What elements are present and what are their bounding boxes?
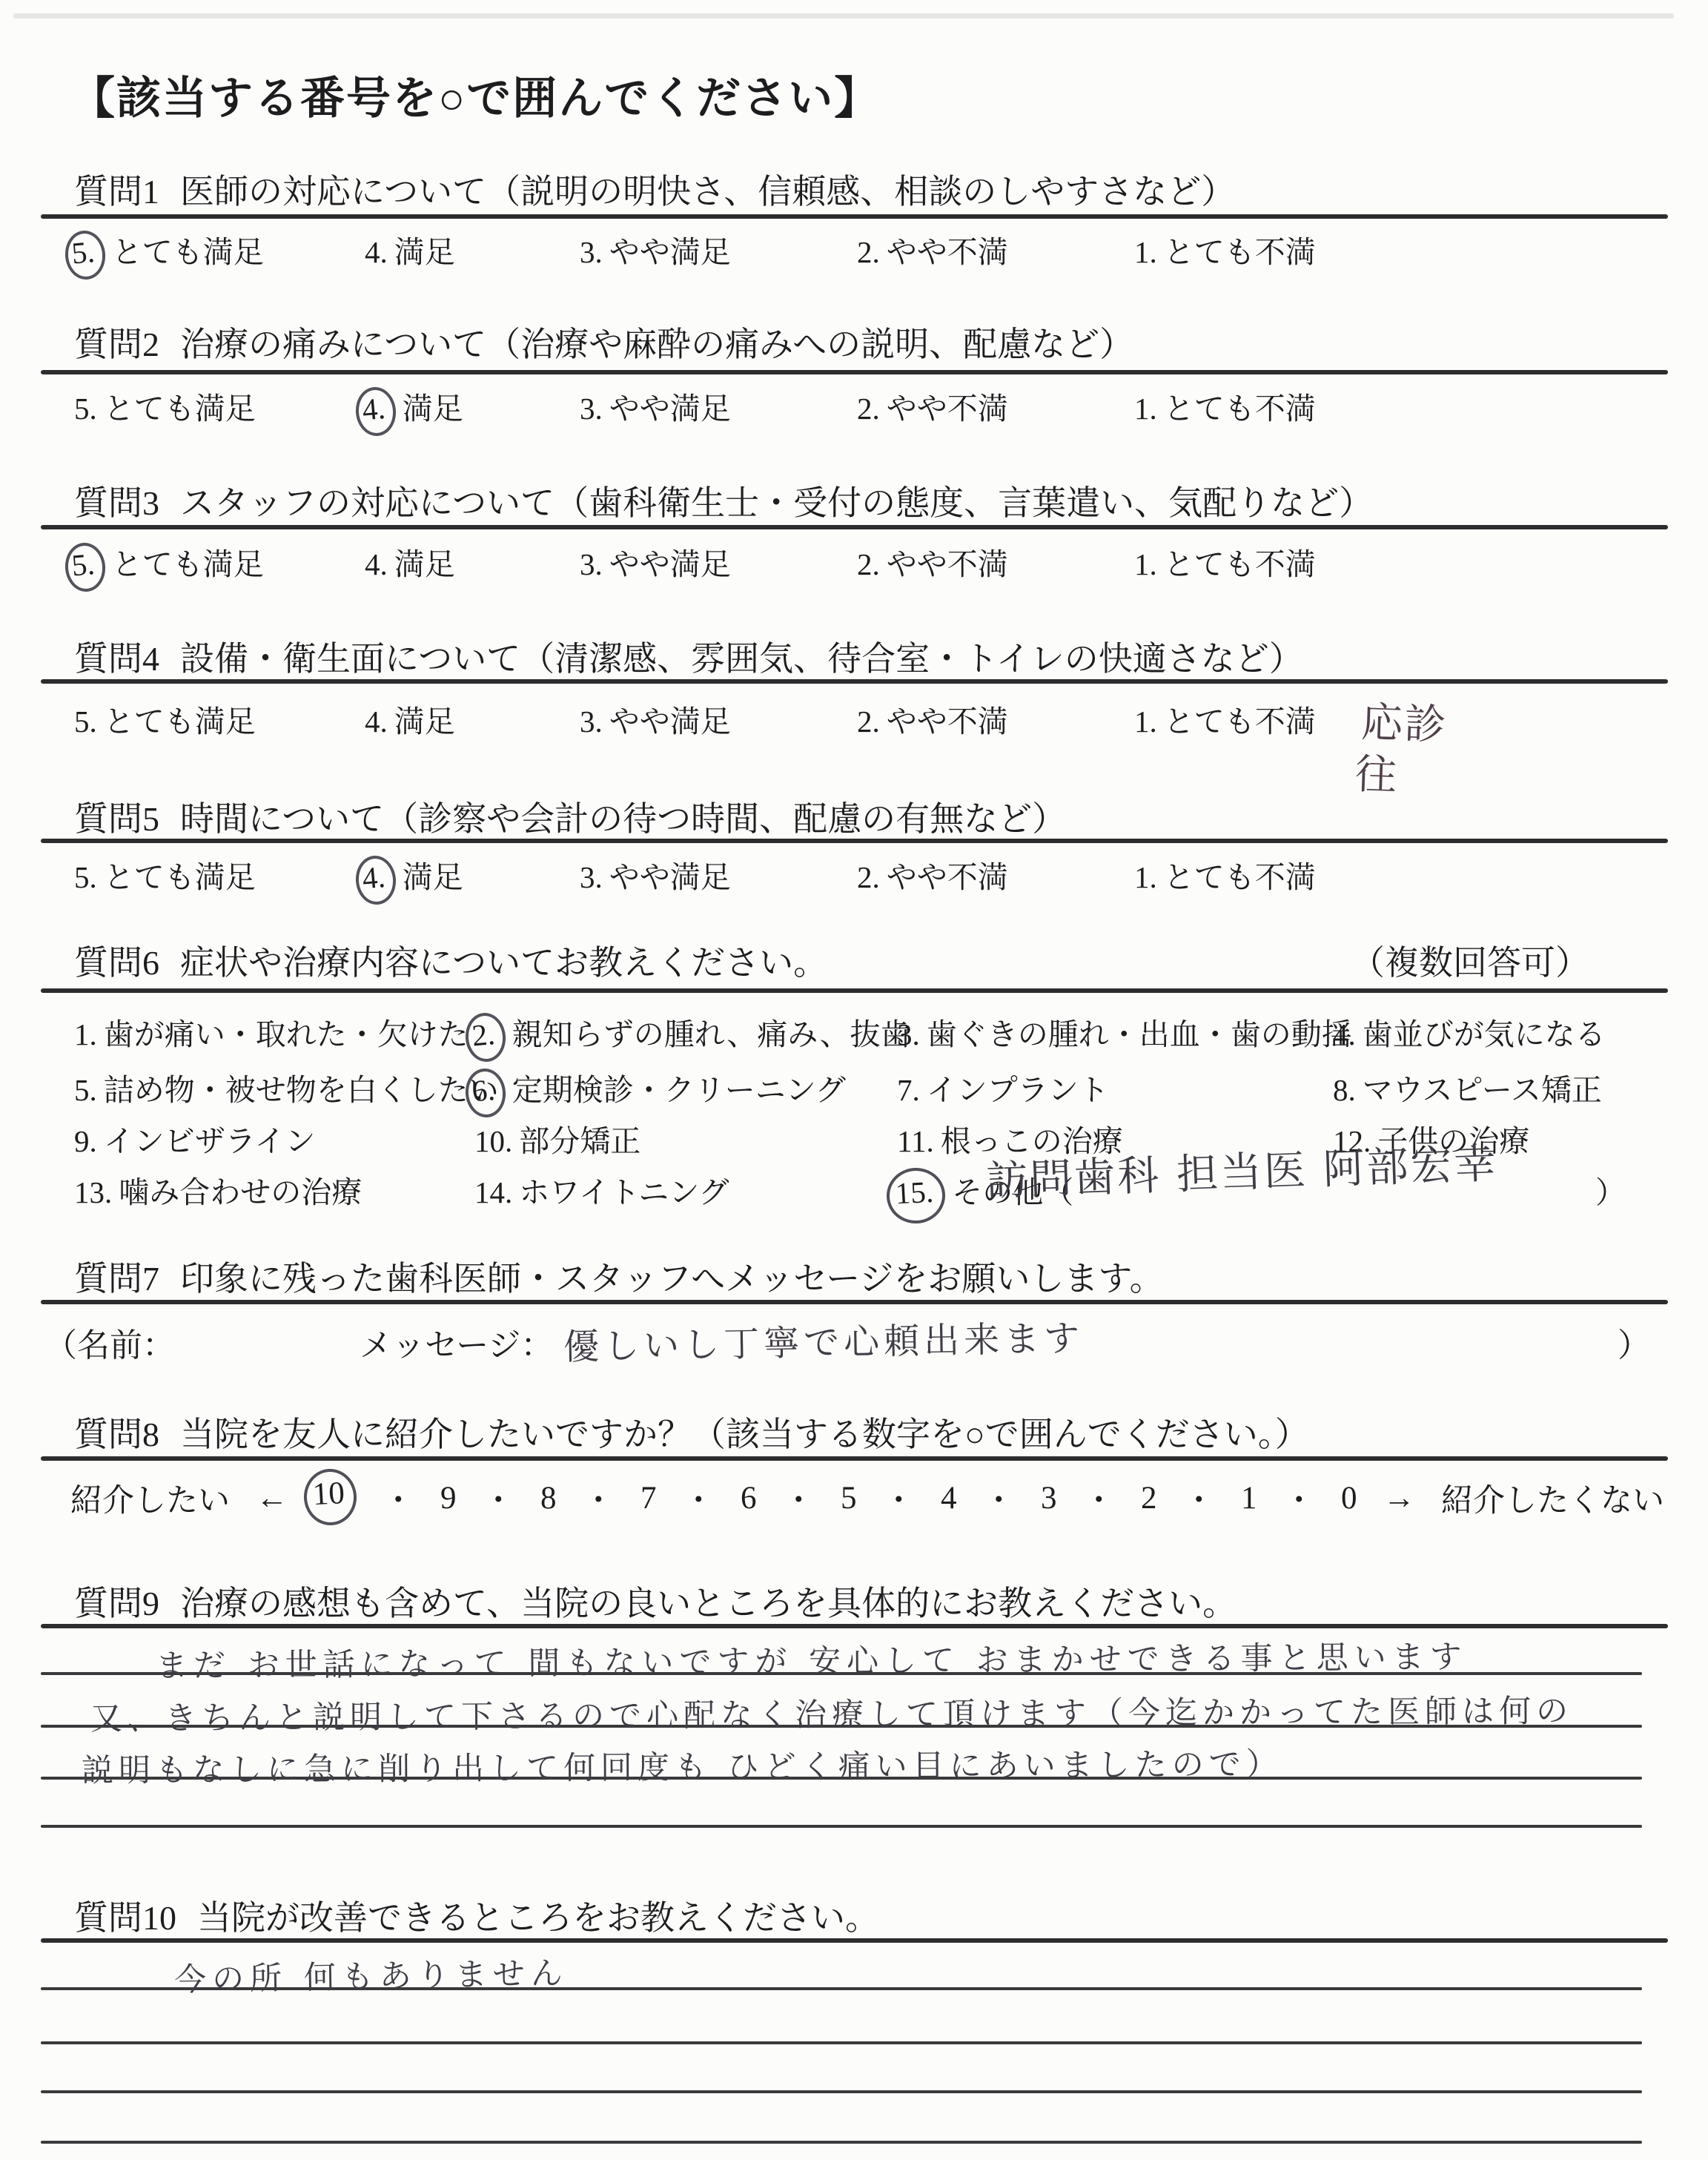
q5-option-3: 3.やや満足: [580, 853, 731, 896]
q10-answer-line-2: [41, 2041, 1642, 2044]
q6-option-4: 4.歯並びが気になる: [1333, 1010, 1606, 1054]
q10-title: 当院が改善できるところをお教えください。: [197, 1891, 879, 1940]
option-number: 2.: [857, 391, 880, 426]
dot-separator: ・: [383, 1476, 414, 1521]
q6-multi-answer-note: （複数回答可）: [1351, 936, 1589, 985]
q9-header: 質問9 治療の感想も含めて、当院の良いところを具体的にお教えください。: [74, 1576, 1237, 1625]
q1-option-1: 1.とても不満: [1134, 228, 1316, 271]
q3-header-underline: [41, 525, 1668, 529]
q8-nps-scale: 紹介したい ← 10 ・ 9 ・ 8 ・ 7 ・ 6 ・ 5 ・ 4 ・ 3 ・…: [70, 1476, 1664, 1521]
q6-option-9: 9.インビザライン: [74, 1117, 316, 1160]
q1-option-2: 2.やや不満: [857, 228, 1008, 271]
q4-handwritten-note: 応診 往: [1359, 697, 1449, 804]
option-text: 部分矯正: [519, 1124, 640, 1158]
q5-option-2: 2.やや不満: [857, 853, 1008, 896]
option-text: 歯並びが気になる: [1363, 1017, 1606, 1051]
q5-header-underline: [41, 839, 1668, 843]
option-number: 7.: [897, 1072, 920, 1108]
q3-header: 質問3 スタッフの対応について（歯科衛生士・受付の態度、言葉遣い、気配りなど）: [74, 476, 1373, 525]
q6-option-1: 1.歯が痛い・取れた・欠けた: [74, 1010, 469, 1054]
option-text: やや不満: [887, 547, 1008, 581]
q8-label: 質問8: [74, 1407, 159, 1456]
q4-option-5: 5.とても満足: [74, 697, 256, 741]
option-number: 3.: [897, 1017, 920, 1052]
q9-header-underline: [41, 1624, 1668, 1628]
q4-header-underline: [41, 679, 1668, 684]
q4-handwritten-note-line1: 応診: [1360, 697, 1448, 752]
q1-option-4: 4.満足: [365, 228, 455, 271]
q3-title: スタッフの対応について（歯科衛生士・受付の態度、言葉遣い、気配りなど）: [180, 476, 1373, 525]
q8-number: 3: [1041, 1480, 1057, 1516]
option-number: 4.: [1333, 1017, 1356, 1052]
q1-label: 質問1: [74, 165, 159, 214]
dot-separator: ・: [583, 1476, 615, 1521]
option-text: やや不満: [887, 860, 1008, 894]
option-number: 5.: [74, 704, 97, 739]
q8-selected-circle: 10: [302, 1467, 358, 1527]
q6-option-8: 8.マウスピース矯正: [1333, 1066, 1602, 1109]
q5-option-4: 4.満足: [365, 853, 463, 902]
q8-number: 9: [440, 1480, 457, 1516]
option-text: 歯が痛い・取れた・欠けた: [104, 1017, 469, 1051]
q4-option-2: 2.やや不満: [857, 697, 1008, 741]
q4-option-1: 1.とても不満: [1134, 697, 1316, 741]
option-number: 8.: [1333, 1072, 1356, 1108]
option-text: ホワイトニング: [519, 1175, 729, 1209]
q8-number: 0: [1341, 1480, 1357, 1516]
option-number: 5.: [74, 859, 97, 895]
q7-message-handwriting: 優しいし丁寧で心頼出来ます: [563, 1309, 1084, 1370]
q8-left-label: 紹介したい: [70, 1476, 230, 1521]
q5-label: 質問5: [74, 792, 159, 841]
q2-header-underline: [41, 370, 1668, 374]
q4-option-4: 4.満足: [365, 697, 455, 741]
q8-number: 6: [741, 1480, 757, 1516]
q7-title: 印象に残った歯科医師・スタッフへメッセージをお願いします。: [180, 1252, 1164, 1301]
option-number: 4.: [365, 704, 388, 739]
option-number: 2.: [857, 234, 880, 270]
option-number: 10.: [474, 1123, 512, 1159]
q5-header: 質問5 時間について（診察や会計の待つ時間、配慮の有無など）: [74, 792, 1066, 841]
option-number: 2.: [857, 859, 880, 895]
option-number: 1.: [1134, 546, 1157, 582]
q2-header: 質問2 治療の痛みについて（治療や麻酔の痛みへの説明、配慮など）: [74, 317, 1133, 366]
survey-form-page: 【該当する番号を○で囲んでください】 質問1 医師の対応について（説明の明快さ、…: [0, 0, 1708, 2160]
q10-handwriting-line-1: 今の所 何もありません: [174, 1948, 569, 2000]
q4-handwritten-note-line2: 往: [1354, 749, 1446, 804]
option-text: とても満足: [112, 235, 264, 269]
option-number: 4.: [365, 234, 388, 270]
option-number: 1.: [1134, 391, 1157, 426]
option-text: とても満足: [112, 547, 264, 581]
dot-separator: ・: [983, 1476, 1015, 1521]
dot-separator: ・: [483, 1476, 514, 1521]
option-text: 満足: [394, 547, 455, 581]
scan-artifact-line: [13, 13, 1674, 19]
q6-option-7: 7.インプラント: [897, 1066, 1109, 1109]
q3-option-3: 3.やや満足: [580, 540, 731, 584]
q3-option-1: 1.とても不満: [1134, 540, 1316, 584]
option-number: 1.: [1134, 234, 1157, 270]
q10-answer-line-3: [41, 2090, 1642, 2093]
q4-title: 設備・衛生面について（清潔感、雰囲気、待合室・トイレの快適さなど）: [180, 632, 1303, 681]
q1-header-underline: [41, 214, 1668, 219]
q8-number: 8: [540, 1480, 557, 1516]
q7-close-paren: ）: [1618, 1318, 1650, 1366]
option-text: やや不満: [887, 392, 1008, 426]
option-text: とても不満: [1164, 235, 1316, 269]
option-text: 満足: [394, 704, 455, 739]
option-number: 1.: [1134, 859, 1157, 895]
q2-option-3: 3.やや満足: [580, 384, 731, 428]
q8-number: 7: [640, 1480, 657, 1516]
q7-header-underline: [41, 1300, 1668, 1304]
q3-option-4: 4.満足: [365, 540, 455, 584]
option-number: 5.: [74, 1072, 97, 1108]
option-text: 満足: [394, 235, 455, 269]
q6-close-paren: ）: [1595, 1168, 1626, 1212]
q4-option-3: 3.やや満足: [580, 697, 731, 741]
q10-label: 質問10: [74, 1891, 176, 1940]
q1-title: 医師の対応について（説明の明快さ、信頼感、相談のしやすさなど）: [180, 165, 1235, 214]
q6-selected-circle-6: 6.: [463, 1067, 507, 1119]
q6-label: 質問6: [74, 936, 159, 985]
option-text: 詰め物・被せ物を白くしたい: [104, 1073, 499, 1107]
q6-header: 質問6 症状や治療内容についてお教えください。: [74, 936, 827, 985]
q3-option-5: 5.とても満足: [74, 540, 264, 589]
q2-option-4: 4.満足: [365, 384, 463, 433]
page-title: 【該当する番号を○で囲んでください】: [70, 63, 880, 127]
option-text: インビザライン: [104, 1124, 316, 1158]
dot-separator: ・: [1283, 1476, 1315, 1521]
option-number: 1.: [74, 1017, 97, 1052]
q5-option-5: 5.とても満足: [74, 853, 256, 896]
q2-option-1: 1.とても不満: [1134, 384, 1316, 428]
option-number: 3.: [580, 234, 603, 270]
option-text: 満足: [403, 392, 463, 426]
q9-label: 質問9: [74, 1576, 159, 1625]
option-text: 満足: [403, 860, 463, 894]
q8-number: 4: [941, 1480, 957, 1516]
q5-option-1: 1.とても不満: [1134, 853, 1316, 896]
q9-title: 治療の感想も含めて、当院の良いところを具体的にお教えください。: [180, 1576, 1237, 1625]
option-text: やや満足: [609, 235, 731, 269]
option-text: 親知らずの腫れ、痛み、抜歯: [512, 1017, 911, 1051]
option-text: とても満足: [104, 704, 256, 739]
right-arrow-icon: →: [1383, 1480, 1415, 1516]
q8-right-label: 紹介したくない: [1441, 1476, 1664, 1521]
q2-title: 治療の痛みについて（治療や麻酔の痛みへの説明、配慮など）: [180, 317, 1133, 366]
q6-selected-circle-2: 2.: [463, 1011, 507, 1063]
q7-message-label: メッセージ：: [360, 1318, 553, 1366]
q9-handwriting-line-3: 説明もなしに急に削り出して何回度も ひどく痛い目にあいましたので）: [82, 1740, 1283, 1791]
q2-selected-circle: 4.: [354, 386, 397, 437]
q6-option-5: 5.詰め物・被せ物を白くしたい: [74, 1066, 499, 1109]
q10-header: 質問10 当院が改善できるところをお教えください。: [74, 1891, 879, 1940]
q6-option-14: 14.ホワイトニング: [474, 1168, 729, 1212]
option-text: やや満足: [609, 860, 731, 894]
dot-separator: ・: [783, 1476, 815, 1521]
option-number: 2.: [857, 704, 880, 739]
option-text: マウスピース矯正: [1363, 1073, 1602, 1107]
option-number: 3.: [580, 546, 603, 582]
q8-header-underline: [41, 1456, 1668, 1461]
q6-title: 症状や治療内容についてお教えください。: [180, 936, 827, 985]
q7-name-label: （名前：: [44, 1318, 175, 1366]
option-number: 4.: [365, 546, 388, 582]
q10-answer-line-4: [41, 2141, 1642, 2144]
option-text: とても不満: [1164, 860, 1316, 894]
q6-option-3: 3.歯ぐきの腫れ・出血・歯の動揺: [897, 1010, 1352, 1054]
q3-selected-circle: 5.: [63, 541, 107, 593]
q5-title: 時間について（診察や会計の待つ時間、配慮の有無など）: [180, 792, 1066, 841]
option-number: 3.: [580, 391, 603, 426]
option-number: 14.: [474, 1175, 512, 1210]
option-number: 13.: [74, 1175, 112, 1210]
option-text: 定期検診・クリーニング: [512, 1073, 846, 1107]
q6-option-10: 10.部分矯正: [474, 1117, 640, 1160]
q7-label: 質問7: [74, 1252, 159, 1301]
dot-separator: ・: [683, 1476, 715, 1521]
option-number: 11.: [897, 1123, 934, 1159]
dot-separator: ・: [1183, 1476, 1215, 1521]
dot-separator: ・: [1083, 1476, 1115, 1521]
q1-header: 質問1 医師の対応について（説明の明快さ、信頼感、相談のしやすさなど）: [74, 165, 1235, 214]
q4-header: 質問4 設備・衛生面について（清潔感、雰囲気、待合室・トイレの快適さなど）: [74, 632, 1303, 681]
option-number: 1.: [1134, 704, 1157, 739]
q9-handwriting-line-2: 又、きちんと説明して下さるので心配なく治療して頂けます（今迄かかってた医師は何の: [90, 1686, 1573, 1739]
option-text: とても不満: [1164, 392, 1316, 426]
q1-option-3: 3.やや満足: [580, 228, 731, 271]
option-text: やや満足: [609, 704, 731, 739]
option-text: やや満足: [609, 547, 731, 581]
option-text: とても満足: [104, 860, 256, 894]
q3-option-2: 2.やや不満: [857, 540, 1008, 584]
option-text: やや満足: [609, 392, 731, 426]
option-number: 2.: [857, 546, 880, 582]
option-text: 歯ぐきの腫れ・出血・歯の動揺: [927, 1017, 1352, 1051]
left-arrow-icon: ←: [256, 1480, 288, 1516]
q10-header-underline: [41, 1938, 1668, 1943]
option-text: 噛み合わせの治療: [119, 1175, 362, 1209]
q6-option-13: 13.噛み合わせの治療: [74, 1168, 362, 1212]
option-number: 3.: [580, 704, 603, 739]
option-number: 9.: [74, 1123, 97, 1159]
option-text: やや不満: [887, 235, 1008, 269]
option-text: とても満足: [104, 392, 256, 426]
q7-header: 質問7 印象に残った歯科医師・スタッフへメッセージをお願いします。: [74, 1252, 1164, 1301]
q2-option-2: 2.やや不満: [857, 384, 1008, 428]
q6-selected-circle-15: 15.: [885, 1166, 947, 1225]
option-text: インプラント: [927, 1073, 1109, 1107]
q9-answer-line-4: [41, 1825, 1642, 1828]
q8-number: 5: [841, 1480, 857, 1516]
q8-number: 1: [1241, 1480, 1257, 1516]
q8-number: 2: [1141, 1480, 1157, 1516]
q8-header: 質問8 当院を友人に紹介したいですか？（該当する数字を○で囲んでください。）: [74, 1407, 1309, 1456]
dot-separator: ・: [883, 1476, 915, 1521]
q1-option-5: 5.とても満足: [74, 228, 264, 277]
option-number: 3.: [580, 859, 603, 895]
q5-selected-circle: 4.: [354, 854, 397, 906]
option-text: やや不満: [887, 704, 1008, 739]
q8-title: 当院を友人に紹介したいですか？（該当する数字を○で囲んでください。）: [180, 1407, 1309, 1456]
q4-label: 質問4: [74, 632, 159, 681]
q1-selected-circle: 5.: [63, 229, 107, 281]
q6-option-2: 2.親知らずの腫れ、痛み、抜歯: [474, 1010, 911, 1059]
q6-header-underline: [41, 988, 1668, 993]
q2-option-5: 5.とても満足: [74, 384, 256, 428]
option-text: とても不満: [1164, 704, 1316, 739]
q2-label: 質問2: [74, 317, 159, 366]
option-text: とても不満: [1164, 547, 1316, 581]
q9-handwriting-line-1: まだ お世話になって 間もないですが 安心して おまかせできる事と思います: [156, 1632, 1468, 1686]
option-number: 5.: [74, 391, 97, 426]
q3-label: 質問3: [74, 476, 159, 525]
q6-option-6: 6.定期検診・クリーニング: [474, 1066, 846, 1114]
